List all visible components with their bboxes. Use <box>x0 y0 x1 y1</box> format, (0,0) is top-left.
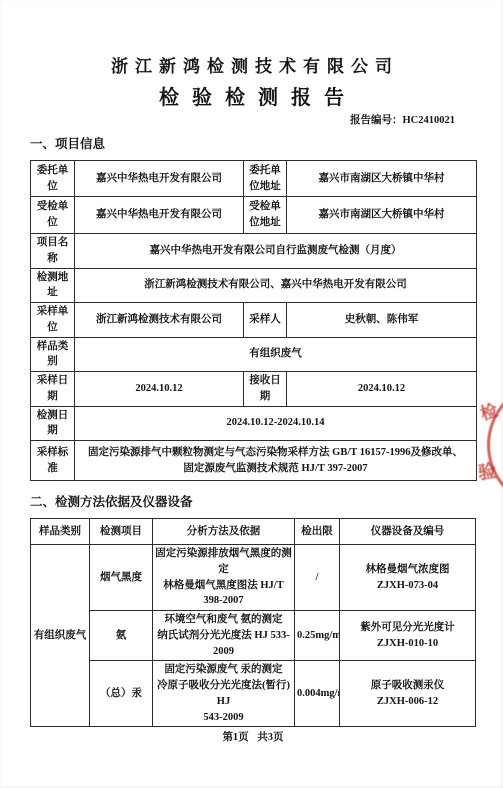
instrument-line: 原子吸收测汞仪 <box>342 678 473 694</box>
test-addr-label: 检测地址 <box>31 268 75 303</box>
sampler-value: 史秋朝、陈伟军 <box>287 303 477 338</box>
instrument-line: 紫外可见分光光度计 <box>342 620 473 636</box>
client-addr-value: 嘉兴市南湖区大桥镇中华村 <box>287 161 477 197</box>
sampler-label: 采样人 <box>244 303 287 338</box>
receive-date-value: 2024.10.12 <box>287 372 477 407</box>
instrument-line: ZJXH-073-04 <box>342 578 473 594</box>
method-line: 冷原子吸收分光光度法(暂行) HJ <box>155 678 292 710</box>
report-title: 检验检测报告 <box>0 85 503 111</box>
table-header-row: 样品类别 检测项目 分析方法及依据 检出限 仪器设备及编号 <box>31 519 476 545</box>
sampling-standard-line2: 固定源废气监测技术规范 HJ/T 397-2007 <box>77 461 474 477</box>
client-addr-label: 委托单位地址 <box>244 161 287 197</box>
method-line: 林格曼烟气黑度图法 HJ/T 398-2007 <box>155 578 292 610</box>
table-row: 采样日期 2024.10.12 接收日期 2024.10.12 <box>31 372 477 407</box>
inspected-addr-value: 嘉兴市南湖区大桥镇中华村 <box>287 197 477 234</box>
section2-heading: 二、检测方法依据及仪器设备 <box>30 494 503 510</box>
col-sample-type: 样品类别 <box>31 519 90 545</box>
report-page: 浙江新鸿检测技术有限公司 检验检测报告 报告编号：HC2410021 一、项目信… <box>0 0 503 788</box>
col-instrument: 仪器设备及编号 <box>340 519 476 545</box>
limit-smoke-blackness: / <box>295 545 340 611</box>
table-row: 受检单位 嘉兴中华热电开发有限公司 受检单位地址 嘉兴市南湖区大桥镇中华村 <box>31 197 477 234</box>
method-ammonia: 环境空气和废气 氨的测定 纳氏试剂分光光度法 HJ 533-2009 <box>153 611 295 661</box>
sample-type-label: 样品类别 <box>31 337 75 372</box>
limit-ammonia: 0.25mg/m³ <box>295 611 340 661</box>
project-name-label: 项目名称 <box>31 234 75 269</box>
seal-character-fragment: 检 <box>477 396 501 425</box>
method-table: 样品类别 检测项目 分析方法及依据 检出限 仪器设备及编号 有组织废气 烟气黑度… <box>30 518 476 727</box>
receive-date-label: 接收日期 <box>244 372 287 407</box>
instrument-mercury: 原子吸收测汞仪 ZJXH-006-12 <box>340 661 476 727</box>
col-method: 分析方法及依据 <box>153 519 295 545</box>
instrument-ammonia: 紫外可见分光光度计 ZJXH-010-10 <box>340 611 476 661</box>
project-name-value: 嘉兴中华热电开发有限公司自行监测废气检测（月度） <box>75 234 477 269</box>
table-row: 采样标准 固定污染源排气中颗粒物测定与气态污染物采样方法 GB/T 16157-… <box>31 441 477 481</box>
table-row: （总）汞 固定污染源废气 汞的测定 冷原子吸收分光光度法(暂行) HJ 543-… <box>31 661 476 727</box>
instrument-line: ZJXH-006-12 <box>342 694 473 710</box>
test-date-value: 2024.10.12-2024.10.14 <box>75 406 477 441</box>
project-info-table: 委托单位 嘉兴中华热电开发有限公司 委托单位地址 嘉兴市南湖区大桥镇中华村 受检… <box>30 160 477 481</box>
instrument-line: ZJXH-010-10 <box>342 636 473 652</box>
section1-heading: 一、项目信息 <box>30 136 503 152</box>
table-row: 检测日期 2024.10.12-2024.10.14 <box>31 406 477 441</box>
sample-type-cell: 有组织废气 <box>31 545 90 727</box>
method-line: 543-2009 <box>155 710 292 726</box>
inspected-addr-label: 受检单位地址 <box>244 197 287 234</box>
item-smoke-blackness: 烟气黑度 <box>90 545 153 611</box>
method-line: 环境空气和废气 氨的测定 <box>155 612 292 628</box>
page-number: 第1页 共3页 <box>30 729 476 744</box>
client-value: 嘉兴中华热电开发有限公司 <box>75 161 244 197</box>
test-date-label: 检测日期 <box>31 406 75 441</box>
table-row: 氨 环境空气和废气 氨的测定 纳氏试剂分光光度法 HJ 533-2009 0.2… <box>31 611 476 661</box>
table-row: 项目名称 嘉兴中华热电开发有限公司自行监测废气检测（月度） <box>31 234 477 269</box>
instrument-line: 林格曼烟气浓度图 <box>342 562 473 578</box>
inspected-value: 嘉兴中华热电开发有限公司 <box>75 197 244 234</box>
inspected-label: 受检单位 <box>31 197 75 234</box>
item-mercury: （总）汞 <box>90 661 153 727</box>
table-row: 采样单位 浙江新鸿检测技术有限公司 采样人 史秋朝、陈伟军 <box>31 303 477 338</box>
test-addr-value: 浙江新鸿检测技术有限公司、嘉兴中华热电开发有限公司 <box>75 268 477 303</box>
method-line: 固定污染源排放烟气黑度的测定 <box>155 546 292 578</box>
method-line: 固定污染源废气 汞的测定 <box>155 662 292 678</box>
sampling-unit-value: 浙江新鸿检测技术有限公司 <box>75 303 244 338</box>
col-test-item: 检测项目 <box>90 519 153 545</box>
table-row: 有组织废气 烟气黑度 固定污染源排放烟气黑度的测定 林格曼烟气黑度图法 HJ/T… <box>31 545 476 611</box>
seal-character-fragment: 验 <box>476 457 497 485</box>
client-label: 委托单位 <box>31 161 75 197</box>
report-number-label: 报告编号： <box>350 115 403 126</box>
instrument-smoke-blackness: 林格曼烟气浓度图 ZJXH-073-04 <box>340 545 476 611</box>
method-line: 纳氏试剂分光光度法 HJ 533-2009 <box>155 628 292 660</box>
sampling-unit-label: 采样单位 <box>31 303 75 338</box>
sample-type-value: 有组织废气 <box>75 337 477 372</box>
method-smoke-blackness: 固定污染源排放烟气黑度的测定 林格曼烟气黑度图法 HJ/T 398-2007 <box>153 545 295 611</box>
company-name: 浙江新鸿检测技术有限公司 <box>0 55 503 79</box>
sampling-standard-line1: 固定污染源排气中颗粒物测定与气态污染物采样方法 GB/T 16157-1996及… <box>77 445 474 461</box>
report-number-line: 报告编号：HC2410021 <box>0 113 503 128</box>
table-row: 委托单位 嘉兴中华热电开发有限公司 委托单位地址 嘉兴市南湖区大桥镇中华村 <box>31 161 477 197</box>
table-row: 样品类别 有组织废气 <box>31 337 477 372</box>
method-mercury: 固定污染源废气 汞的测定 冷原子吸收分光光度法(暂行) HJ 543-2009 <box>153 661 295 727</box>
item-ammonia: 氨 <box>90 611 153 661</box>
table-row: 检测地址 浙江新鸿检测技术有限公司、嘉兴中华热电开发有限公司 <box>31 268 477 303</box>
sampling-standard-label: 采样标准 <box>31 441 75 481</box>
limit-mercury: 0.004mg/m³ <box>295 661 340 727</box>
col-detection-limit: 检出限 <box>295 519 340 545</box>
sampling-date-label: 采样日期 <box>31 372 75 407</box>
sampling-date-value: 2024.10.12 <box>75 372 244 407</box>
report-number: HC2410021 <box>403 115 456 126</box>
sampling-standard-value: 固定污染源排气中颗粒物测定与气态污染物采样方法 GB/T 16157-1996及… <box>75 441 477 481</box>
